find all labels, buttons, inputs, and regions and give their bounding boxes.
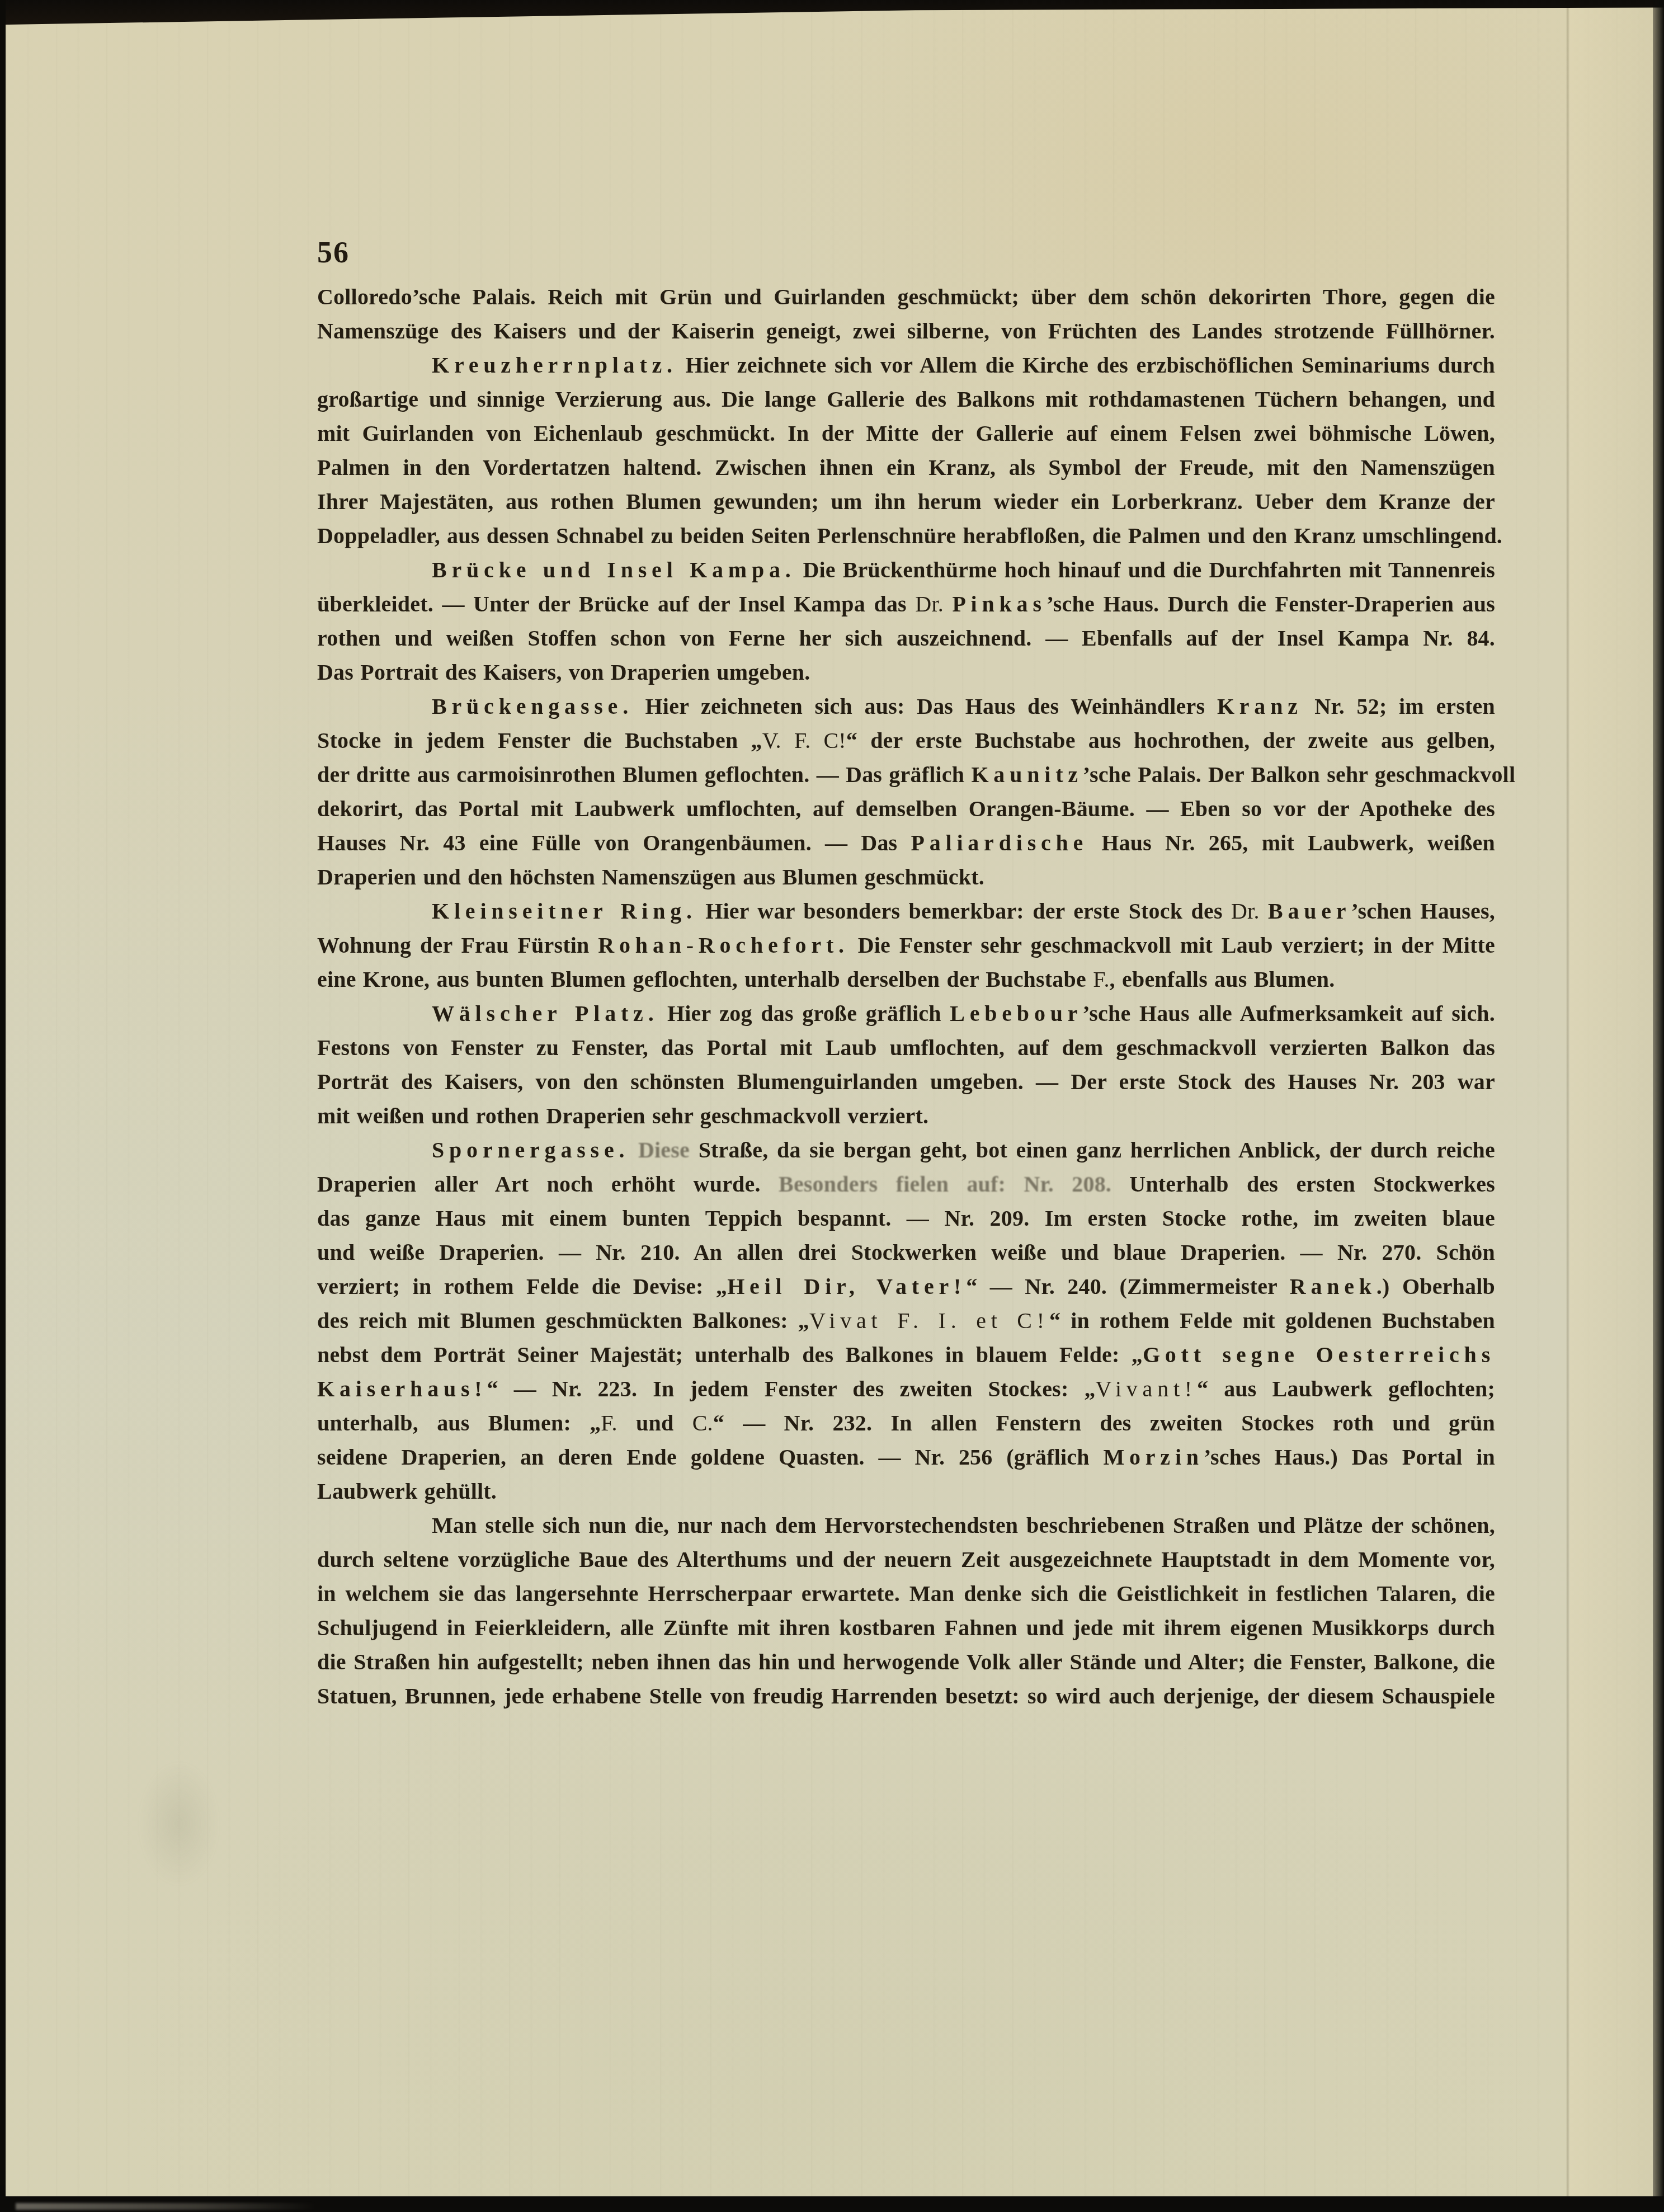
text-segment: Kranz [1217, 694, 1303, 719]
text-line: Doppeladler, aus dessen Schnabel zu beid… [317, 519, 1495, 553]
text-line: die Straßen hin aufgestellt; neben ihnen… [317, 1645, 1495, 1679]
text-line: Colloredo’sche Palais. Reich mit Grün un… [317, 280, 1495, 314]
text-line: seidene Draperien, an deren Ende goldene… [317, 1440, 1495, 1474]
text-segment: rothen und weißen Stoffen schon von Fern… [317, 625, 1495, 651]
text-segment: Vivant! [1096, 1376, 1197, 1401]
text-line: Stocke in jedem Fenster die Buchstaben „… [317, 723, 1495, 757]
text-segment: der dritte aus carmoisinrothen Blumen ge… [317, 762, 971, 787]
text-segment: Colloredo’sche Palais. Reich mit Grün un… [317, 284, 1495, 309]
text-segment: Hier zeichnete sich vor Allem die Kirche… [677, 352, 1495, 378]
text-segment: mit Guirlanden von Eichenlaub geschmückt… [317, 421, 1495, 446]
text-segment: ’sches Haus.) Das Portal in [1204, 1444, 1495, 1470]
text-segment: “ in rothem Felde mit goldenen Buchstabe… [1049, 1308, 1495, 1333]
text-line: Namenszüge des Kaisers und der Kaiserin … [317, 314, 1495, 348]
text-segment: .) Oberhalb [1377, 1274, 1495, 1299]
text-segment: Laubwerk gehüllt. [317, 1479, 497, 1504]
adjacent-page-sliver [1569, 0, 1659, 2212]
text-segment: Dr. [915, 591, 944, 616]
text-segment: F. [1093, 967, 1109, 992]
text-segment: Hauses Nr. 43 eine Fülle von Orangenbäum… [317, 830, 911, 855]
text-line: in welchem sie das langersehnte Herrsche… [317, 1576, 1495, 1611]
text-segment: Gott segne Oesterreichs [1143, 1342, 1495, 1367]
text-segment: Festons von Fenster zu Fenster, das Port… [317, 1035, 1495, 1060]
text-segment: Die Brückenthürme hoch hinauf und die Du… [796, 557, 1495, 582]
text-line: rothen und weißen Stoffen schon von Fern… [317, 621, 1495, 655]
text-segment: Spornergasse. [432, 1137, 629, 1163]
text-segment: Straße, da sie bergan geht, bot einen ga… [690, 1137, 1495, 1163]
text-segment: eine Krone, aus bunten Blumen geflochten… [317, 967, 1093, 992]
text-segment: Ranek [1290, 1274, 1377, 1299]
paper-sheet: 56 Colloredo’sche Palais. Reich mit Grün… [6, 0, 1664, 2212]
text-segment: Unterhalb des ersten Stockwerkes [1111, 1171, 1495, 1197]
text-segment: “ — Nr. 240. (Zimmermeister [966, 1274, 1290, 1299]
body-text-block: Colloredo’sche Palais. Reich mit Grün un… [317, 280, 1495, 1713]
text-segment: Besonders fielen auf: Nr. 208. [779, 1171, 1111, 1197]
text-segment: Palmen in den Vordertatzen haltend. Zwis… [317, 455, 1495, 480]
paper-stain [140, 1762, 218, 1885]
text-segment: Paliardische [911, 830, 1088, 855]
text-segment: Nr. 52; im ersten [1303, 694, 1495, 719]
text-segment: ’schen Hauses, [1351, 898, 1495, 924]
text-segment: “ — Nr. 223. In jedem Fenster des zweite… [487, 1376, 1095, 1401]
text-segment: Kaunitz [971, 762, 1082, 787]
text-segment: ’sche Haus. Durch die Fenster-Draperien … [1047, 591, 1495, 616]
text-line: durch seltene vorzügliche Baue des Alter… [317, 1542, 1495, 1576]
text-segment: Namenszüge des Kaisers und der Kaiserin … [317, 318, 1495, 343]
text-segment: ’sche Haus alle Aufmerksamkeit auf sich. [1082, 1001, 1495, 1026]
text-segment: durch seltene vorzügliche Baue des Alter… [317, 1547, 1495, 1572]
text-segment: nebst dem Porträt Seiner Majestät; unter… [317, 1342, 1143, 1367]
text-line: Brückengasse. Hier zeichneten sich aus: … [317, 689, 1495, 723]
text-segment [944, 591, 952, 616]
text-segment: Brücke und Insel Kampa. [432, 557, 796, 582]
text-line: Statuen, Brunnen, jede erhabene Stelle v… [317, 1679, 1495, 1713]
text-segment: Kreuzherrnplatz. [432, 352, 677, 378]
text-line: dekorirt, das Portal mit Laubwerk umfloc… [317, 792, 1495, 826]
text-segment: , ebenfalls aus Blumen. [1110, 967, 1335, 992]
text-segment: V. F. C! [762, 728, 846, 753]
text-segment: Bauer [1268, 898, 1351, 924]
text-line: Hauses Nr. 43 eine Fülle von Orangenbäum… [317, 826, 1495, 860]
scan-border-right [1653, 0, 1664, 2212]
text-line: unterhalb, aus Blumen: „F. und C.“ — Nr.… [317, 1406, 1495, 1440]
text-line: Draperien aller Art noch erhöht wurde. B… [317, 1167, 1495, 1201]
text-segment: das ganze Haus mit einem bunten Teppich … [317, 1206, 1495, 1231]
text-line: Man stelle sich nun die, nur nach dem He… [317, 1508, 1495, 1542]
scan-border-bottom [0, 2196, 1664, 2212]
text-segment: Pinkas [952, 591, 1046, 616]
text-line: großartige und sinnige Verzierung aus. D… [317, 382, 1495, 416]
text-segment: Wohnung der Frau Fürstin [317, 933, 598, 958]
text-segment: in welchem sie das langersehnte Herrsche… [317, 1581, 1495, 1606]
text-segment: Das Portrait des Kaisers, von Draperien … [317, 660, 810, 685]
text-line: Spornergasse. Diese Straße, da sie berga… [317, 1133, 1495, 1167]
text-segment: Rohan-Rochefort. [598, 933, 849, 958]
text-segment [629, 1137, 638, 1163]
text-line: Kleinseitner Ring. Hier war besonders be… [317, 894, 1495, 928]
text-segment: Porträt des Kaisers, von den schönsten B… [317, 1069, 1495, 1094]
text-segment: mit weißen und rothen Draperien sehr ges… [317, 1103, 928, 1128]
text-line: Ihrer Majestäten, aus rothen Blumen gewu… [317, 484, 1495, 519]
text-segment: dekorirt, das Portal mit Laubwerk umfloc… [317, 796, 1495, 821]
text-line: Kreuzherrnplatz. Hier zeichnete sich vor… [317, 348, 1495, 382]
text-line: mit weißen und rothen Draperien sehr ges… [317, 1099, 1495, 1133]
text-segment: Hier zeichneten sich aus: Das Haus des W… [633, 694, 1217, 719]
text-line: und weiße Draperien. — Nr. 210. An allen… [317, 1235, 1495, 1269]
text-segment: seidene Draperien, an deren Ende goldene… [317, 1444, 1103, 1470]
text-line: überkleidet. — Unter der Brücke auf der … [317, 587, 1495, 621]
text-line: Wohnung der Frau Fürstin Rohan-Rochefort… [317, 928, 1495, 962]
text-segment: Man stelle sich nun die, nur nach dem He… [432, 1513, 1495, 1538]
text-segment: Die Fenster sehr geschmackvoll mit Laub … [849, 933, 1495, 958]
text-segment: Ihrer Majestäten, aus rothen Blumen gewu… [317, 489, 1495, 514]
text-line: Laubwerk gehüllt. [317, 1474, 1495, 1508]
text-segment: großartige und sinnige Verzierung aus. D… [317, 387, 1495, 412]
text-segment: Brückengasse. [432, 694, 633, 719]
text-segment: Vivat F. I. et C! [809, 1308, 1049, 1333]
text-segment: Kleinseitner Ring. [432, 898, 697, 924]
text-segment: F. [601, 1410, 617, 1436]
text-segment: Hier war besonders bemerkbar: der erste … [697, 898, 1231, 924]
text-segment: unterhalb, aus Blumen: „ [317, 1410, 601, 1436]
text-line: Das Portrait des Kaisers, von Draperien … [317, 655, 1495, 689]
text-segment: Diese [638, 1137, 690, 1163]
text-segment: Dr. [1231, 898, 1260, 924]
text-line: mit Guirlanden von Eichenlaub geschmückt… [317, 416, 1495, 450]
text-line: Palmen in den Vordertatzen haltend. Zwis… [317, 450, 1495, 484]
text-line: der dritte aus carmoisinrothen Blumen ge… [317, 757, 1495, 792]
text-line: das ganze Haus mit einem bunten Teppich … [317, 1201, 1495, 1235]
text-segment: Statuen, Brunnen, jede erhabene Stelle v… [317, 1683, 1495, 1709]
text-line: nebst dem Porträt Seiner Majestät; unter… [317, 1338, 1495, 1372]
scan-border-left [0, 0, 6, 2185]
text-line: des reich mit Blumen geschmückten Balkon… [317, 1303, 1495, 1338]
text-segment: Kaiserhaus! [317, 1376, 487, 1401]
text-segment [1260, 898, 1268, 924]
page-number: 56 [317, 235, 350, 270]
text-line: Porträt des Kaisers, von den schönsten B… [317, 1065, 1495, 1099]
text-segment: Heil Dir, Vater! [727, 1274, 966, 1299]
text-segment: ’sche Palais. Der Balkon sehr geschmackv… [1083, 762, 1515, 787]
text-segment: Haus Nr. 265, mit Laubwerk, weißen [1088, 830, 1495, 855]
text-segment: des reich mit Blumen geschmückten Balkon… [317, 1308, 809, 1333]
scanned-book-page: 56 Colloredo’sche Palais. Reich mit Grün… [0, 0, 1664, 2212]
text-line: verziert; in rothem Felde die Devise: „H… [317, 1269, 1495, 1303]
text-segment: Draperien aller Art noch erhöht wurde. [317, 1171, 779, 1197]
text-segment: die Straßen hin aufgestellt; neben ihnen… [317, 1649, 1495, 1674]
text-line: eine Krone, aus bunten Blumen geflochten… [317, 962, 1495, 996]
text-segment: “ — Nr. 232. In allen Fenstern des zweit… [713, 1410, 1495, 1436]
text-line: Schuljugend in Feierkleidern, alle Zünft… [317, 1611, 1495, 1645]
text-segment: überkleidet. — Unter der Brücke auf der … [317, 591, 915, 616]
text-line: Brücke und Insel Kampa. Die Brückenthürm… [317, 553, 1495, 587]
text-segment: Lebebour [950, 1001, 1082, 1026]
text-line: Festons von Fenster zu Fenster, das Port… [317, 1030, 1495, 1065]
text-segment: Doppeladler, aus dessen Schnabel zu beid… [317, 523, 1502, 548]
text-segment: “ der erste Buchstabe aus hochrothen, de… [846, 728, 1495, 753]
text-segment: und [617, 1410, 692, 1436]
text-segment: verziert; in rothem Felde die Devise: „ [317, 1274, 727, 1299]
text-line: Wälscher Platz. Hier zog das große gräfl… [317, 996, 1495, 1030]
text-line: Kaiserhaus!“ — Nr. 223. In jedem Fenster… [317, 1372, 1495, 1406]
scan-border-smudge [16, 2203, 318, 2210]
text-segment: C. [692, 1410, 713, 1436]
text-segment: Morzin [1103, 1444, 1203, 1470]
text-segment: Draperien und den höchsten Namenszügen a… [317, 864, 984, 889]
text-segment: “ aus Laubwerk geflochten; [1197, 1376, 1495, 1401]
text-segment: Wälscher Platz. [432, 1001, 658, 1026]
text-segment: Schuljugend in Feierkleidern, alle Zünft… [317, 1615, 1495, 1640]
text-line: Draperien und den höchsten Namenszügen a… [317, 860, 1495, 894]
text-segment: Stocke in jedem Fenster die Buchstaben „ [317, 728, 762, 753]
text-segment: und weiße Draperien. — Nr. 210. An allen… [317, 1240, 1495, 1265]
text-segment: Hier zog das große gräflich [658, 1001, 950, 1026]
